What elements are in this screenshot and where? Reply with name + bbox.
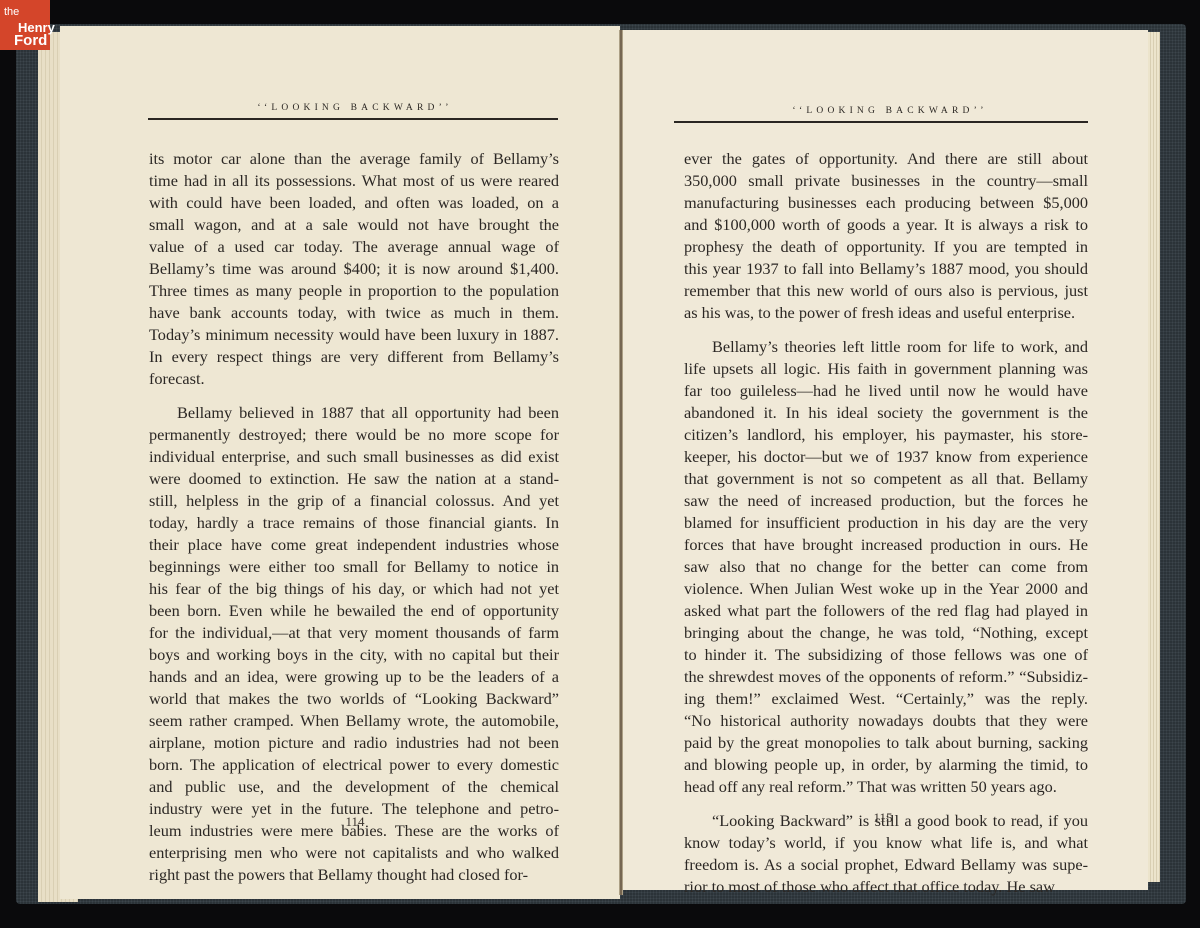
- text-line: individual enterprise, and such small bu…: [149, 446, 559, 468]
- text-line: manufacturing businesses each producing …: [684, 192, 1088, 214]
- text-line: far too guileless—had he lived until now…: [684, 380, 1088, 402]
- text-line: the shrewdest moves of the opponents of …: [684, 666, 1088, 688]
- text-line: been born. Even while he bewailed the en…: [149, 600, 559, 622]
- text-line: airplane, motion picture and radio indus…: [149, 732, 559, 754]
- text-line: abandoned it. In his ideal society the g…: [684, 402, 1088, 424]
- text-line: beginnings were either too small for Bel…: [149, 556, 559, 578]
- text-line: blamed for insufficient production in hi…: [684, 512, 1088, 534]
- text-line: its motor car alone than the average fam…: [149, 148, 559, 170]
- text-line: Bellamy’s time was around $400; it is no…: [149, 258, 559, 280]
- book-gutter: [619, 30, 623, 895]
- text-line: today, hardly a trace remains of those f…: [149, 512, 559, 534]
- text-line: time had in all its possessions. What mo…: [149, 170, 559, 192]
- text-line: Three times as many people in proportion…: [149, 280, 559, 302]
- text-line: 350,000 small private businesses in the …: [684, 170, 1088, 192]
- text-line: still, helpless in the grip of a financi…: [149, 490, 559, 512]
- running-head-left: ‘‘LOOKING BACKWARD’’: [150, 103, 560, 113]
- page-block-edges-right: [1148, 32, 1160, 882]
- text-line: “No historical authority nowadays doubts…: [684, 710, 1088, 732]
- text-line: In every respect things are very differe…: [149, 346, 559, 368]
- text-line: have bank accounts today, with twice as …: [149, 302, 559, 324]
- text-line: life upsets all logic. His faith in gove…: [684, 358, 1088, 380]
- text-line: and public use, and the development of t…: [149, 776, 559, 798]
- text-line: his fear of the big things of his day, o…: [149, 578, 559, 600]
- running-head-right: ‘‘LOOKING BACKWARD’’: [690, 106, 1090, 116]
- paragraph: its motor car alone than the average fam…: [149, 148, 559, 390]
- text-line: hands and an idea, were growing up to be…: [149, 666, 559, 688]
- text-line: asked what part the followers of the red…: [684, 600, 1088, 622]
- text-line: bringing about the change, he was told, …: [684, 622, 1088, 644]
- page-number-right: 115: [858, 810, 908, 826]
- text-line: prophesy the death of opportunity. If yo…: [684, 236, 1088, 258]
- text-line: Bellamy’s theories left little room for …: [684, 336, 1088, 358]
- text-line: boys and working boys in the city, with …: [149, 644, 559, 666]
- text-line: world that makes the two worlds of “Look…: [149, 688, 559, 710]
- text-line: keeper, his doctor—but we of 1937 know f…: [684, 446, 1088, 468]
- right-page-body: ever the gates of opportunity. And there…: [684, 148, 1088, 898]
- text-line: forecast.: [149, 368, 559, 390]
- text-line: were doomed to extinction. He saw the na…: [149, 468, 559, 490]
- text-line: that government is not so competent as a…: [684, 468, 1088, 490]
- text-line: and blowing people up, in order, by alar…: [684, 754, 1088, 776]
- text-line: this year 1937 to fall into Bellamy’s 18…: [684, 258, 1088, 280]
- text-line: rior to most of those who affect that of…: [684, 876, 1088, 898]
- text-line: ing them!” exclaimed West. “Certainly,” …: [684, 688, 1088, 710]
- text-line: saw the need of increased production, bu…: [684, 490, 1088, 512]
- logo-text-the: the: [4, 6, 19, 18]
- header-rule-right: [674, 121, 1088, 123]
- text-line: value of a used car today. The average a…: [149, 236, 559, 258]
- text-line: seem rather cramped. When Bellamy wrote,…: [149, 710, 559, 732]
- left-page-body: its motor car alone than the average fam…: [149, 148, 559, 886]
- text-line: forces that have brought increased produ…: [684, 534, 1088, 556]
- henry-ford-logo: the Henry Ford: [0, 0, 50, 50]
- text-line: born. The application of electrical powe…: [149, 754, 559, 776]
- text-line: freedom is. As a social prophet, Edward …: [684, 854, 1088, 876]
- text-line: ever the gates of opportunity. And there…: [684, 148, 1088, 170]
- text-line: violence. When Julian West woke up in th…: [684, 578, 1088, 600]
- text-line: their place have come great independent …: [149, 534, 559, 556]
- text-line: permanently destroyed; there would be no…: [149, 424, 559, 446]
- text-line: right past the powers that Bellamy thoug…: [149, 864, 559, 886]
- text-line: head off any real reform.” That was writ…: [684, 776, 1088, 798]
- page-number-left: 114: [330, 814, 380, 830]
- text-line: enterprising men who were not capitalist…: [149, 842, 559, 864]
- header-rule-left: [148, 118, 558, 120]
- paragraph: ever the gates of opportunity. And there…: [684, 148, 1088, 324]
- paragraph: Bellamy’s theories left little room for …: [684, 336, 1088, 798]
- text-line: know today’s world, if you know what lif…: [684, 832, 1088, 854]
- text-line: for the individual,—at that very moment …: [149, 622, 559, 644]
- text-line: with could have been loaded, and often w…: [149, 192, 559, 214]
- text-line: to hinder it. The subsidizing of those f…: [684, 644, 1088, 666]
- text-line: and $100,000 worth of goods a year. It i…: [684, 214, 1088, 236]
- text-line: Bellamy believed in 1887 that all opport…: [149, 402, 559, 424]
- text-line: paid by the great monopolies to talk abo…: [684, 732, 1088, 754]
- text-line: Today’s minimum necessity would have bee…: [149, 324, 559, 346]
- text-line: as his was, to the power of fresh ideas …: [684, 302, 1088, 324]
- text-line: remember that this new world of ours als…: [684, 280, 1088, 302]
- text-line: small wagon, and at a sale would not hav…: [149, 214, 559, 236]
- text-line: saw also that no change for the better c…: [684, 556, 1088, 578]
- logo-text-ford: Ford: [14, 32, 47, 49]
- text-line: citizen’s landlord, his employer, his pa…: [684, 424, 1088, 446]
